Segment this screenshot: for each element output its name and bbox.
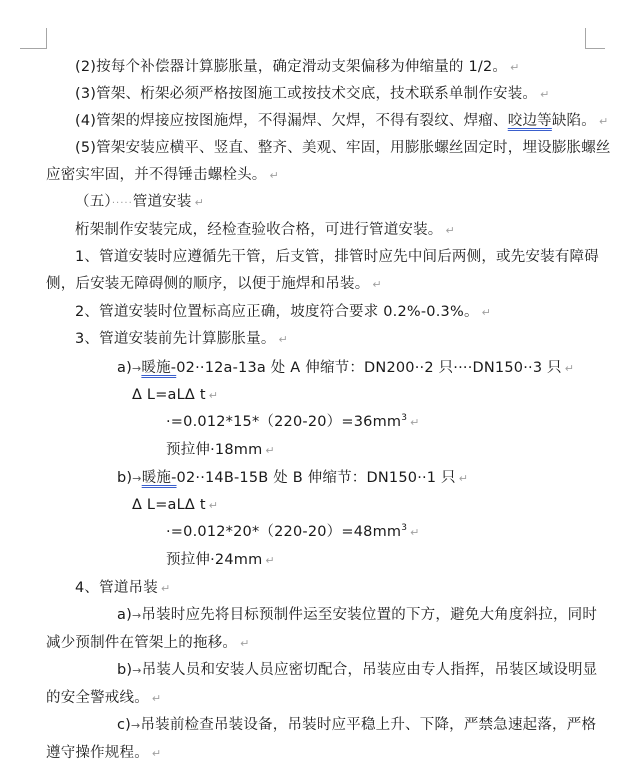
- formula-line: Δ L=aLΔ t↵: [132, 385, 218, 406]
- numbered-item-4: 4、管道吊装↵: [75, 578, 170, 599]
- paragraph-item-3: (3)管架、桁架必须严格按图施工或按技术交底，技术联系单制作安装。↵: [75, 84, 550, 105]
- paragraph-item-5: (5)管架安装应横平、竖直、整齐、美观、牢固，用膨胀螺丝固定时，埋设膨胀螺丝: [75, 138, 611, 158]
- tab-arrow-icon: →: [132, 609, 141, 622]
- paragraph-intro: 桁架制作安装完成，经检查验收合格，可进行管道安装。↵: [75, 220, 455, 241]
- paragraph-mark-icon: ↵: [540, 88, 549, 101]
- paragraph-mark-icon: ↵: [446, 224, 455, 237]
- lifting-item-a-cont: 减少预制件在管架上的拖移。↵: [46, 633, 250, 654]
- lifting-item-b: b)→吊装人员和安装人员应密切配合，吊装应由专人指挥，吊装区域设明显: [117, 660, 597, 681]
- sub-item-a: a)→暖施-02··12a-13a 处 A 伸缩节：DN200··2 只····…: [117, 358, 574, 379]
- paragraph-item-4: (4)管架的焊接应按图施焊，不得漏焊、欠焊，不得有裂纹、焊瘤、咬边等缺陷。↵: [75, 111, 608, 132]
- paragraph-item-2: (2)按每个补偿器计算膨胀量，确定滑动支架偏移为伸缩量的 1/2。↵: [75, 57, 520, 78]
- paragraph-mark-icon: ↵: [459, 472, 468, 485]
- paragraph-mark-icon: ↵: [152, 692, 161, 705]
- lifting-item-a: a)→吊装时应先将目标预制件运至安装位置的下方，避免大角度斜拉，同时: [117, 605, 597, 626]
- tab-arrow-icon: →: [132, 664, 141, 677]
- paragraph-mark-icon: ↵: [279, 333, 288, 346]
- paragraph-mark-icon: ↵: [209, 499, 218, 512]
- paragraph-mark-icon: ↵: [410, 526, 419, 539]
- spellcheck-underline[interactable]: 暖施-: [141, 360, 176, 376]
- paragraph-mark-icon: ↵: [565, 362, 574, 375]
- numbered-item-1: 1、管道安装时应遵循先干管，后支管，排管时应先中间后两侧，或先安装有障碍: [75, 247, 599, 267]
- paragraph-mark-icon: ↵: [152, 747, 161, 760]
- tab-arrow-icon: →: [132, 362, 141, 375]
- calculation-line: ·=0.012*20*（220-20）=48mm3↵: [166, 522, 420, 543]
- tab-arrow-icon: →: [132, 472, 141, 485]
- paragraph-mark-icon: ↵: [265, 444, 274, 457]
- prestretch-line: 预拉伸·24mm↵: [166, 550, 275, 571]
- section-heading: （五）·····管道安装↵: [75, 192, 204, 214]
- prestretch-line: 预拉伸·18mm↵: [166, 440, 275, 461]
- spellcheck-underline[interactable]: 暖施-: [142, 470, 177, 486]
- paragraph-mark-icon: ↵: [410, 416, 419, 429]
- paragraph-mark-icon: ↵: [265, 554, 274, 567]
- numbered-item-1-cont: 侧，后安装无障碍侧的顺序，以便于施焊和吊装。↵: [46, 274, 382, 295]
- lifting-item-c-cont: 遵守操作规程。↵: [46, 743, 161, 764]
- lifting-item-c: c)→吊装前检查吊装设备，吊装时应平稳上升、下降，严禁急速起落，严格: [117, 715, 596, 736]
- paragraph-mark-icon: ↵: [240, 637, 249, 650]
- paragraph-mark-icon: ↵: [599, 115, 608, 128]
- sub-item-b: b)→暖施-02··14B-15B 处 B 伸缩节：DN150··1 只↵: [117, 468, 468, 489]
- paragraph-mark-icon: ↵: [482, 306, 491, 319]
- paragraph-mark-icon: ↵: [372, 278, 381, 291]
- numbered-item-3: 3、管道安装前先计算膨胀量。↵: [75, 329, 288, 350]
- paragraph-mark-icon: ↵: [510, 61, 519, 74]
- lifting-item-b-cont: 的安全警戒线。↵: [46, 688, 161, 709]
- paragraph-mark-icon: ↵: [195, 196, 204, 209]
- numbered-item-2: 2、管道安装时位置标高应正确，坡度符合要求 0.2%-0.3%。↵: [75, 302, 491, 323]
- paragraph-mark-icon: ↵: [209, 389, 218, 402]
- spellcheck-underline[interactable]: 咬边等: [508, 113, 552, 129]
- paragraph-mark-icon: ↵: [270, 169, 279, 182]
- calculation-line: ·=0.012*15*（220-20）=36mm3↵: [166, 412, 420, 433]
- paragraph-item-5-cont: 应密实牢固，并不得锤击螺栓头。↵: [46, 165, 279, 186]
- formula-line: Δ L=aLΔ t↵: [132, 495, 218, 516]
- paragraph-mark-icon: ↵: [161, 582, 170, 595]
- space-dots: ·····: [112, 198, 133, 209]
